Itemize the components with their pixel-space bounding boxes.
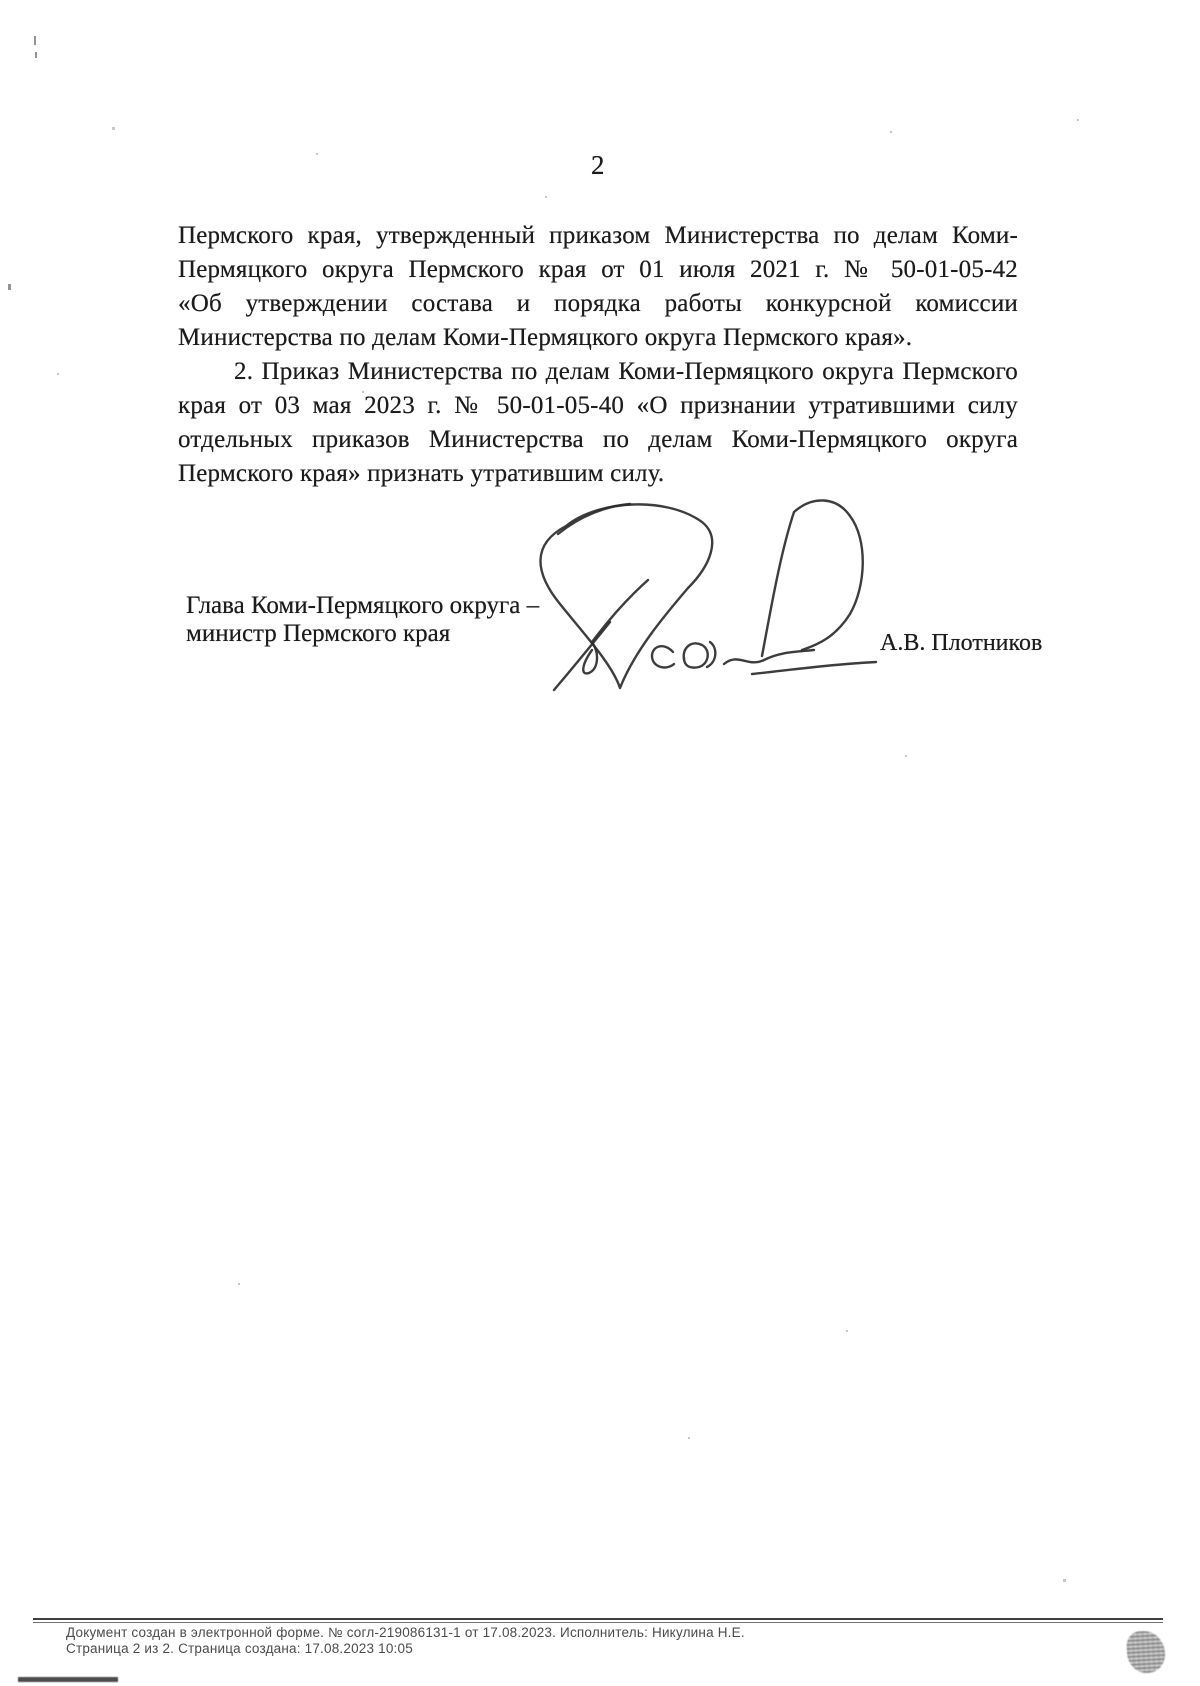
paragraph-2: 2. Приказ Министерства по делам Коми-Пер… (178, 355, 1018, 491)
page-number: 2 (178, 150, 1018, 181)
paragraph-line: Пермяцкого округа Пермского края от 01 и… (178, 253, 1018, 287)
scan-speck (112, 127, 115, 130)
scan-speck (57, 373, 59, 375)
document-body: Пермского края, утвержденный приказом Ми… (178, 219, 1018, 491)
scanner-edge-artifact (18, 1677, 118, 1682)
scan-speck (362, 391, 364, 393)
paragraph-1: Пермского края, утвержденный приказом Ми… (178, 219, 1018, 355)
footer-divider (33, 1618, 1163, 1623)
paragraph-line: Министерства по делам Коми-Пермяцкого ок… (178, 321, 1018, 355)
scan-speck (35, 52, 37, 58)
footer-note: Документ создан в электронной форме. № с… (66, 1625, 966, 1657)
footer-note-line-1: Документ создан в электронной форме. № с… (66, 1625, 966, 1641)
stamp-smudge (1126, 1630, 1166, 1674)
handwritten-signature-scribble (518, 492, 888, 702)
scan-speck (1063, 1579, 1066, 1582)
paragraph-line: отдельных приказов Министерства по делам… (178, 423, 1018, 457)
scan-speck (890, 131, 892, 133)
scan-speck (316, 153, 318, 155)
scan-speck (905, 755, 907, 757)
paragraph-line: 2. Приказ Министерства по делам Коми-Пер… (178, 355, 1018, 389)
footer-note-line-2: Страница 2 из 2. Страница создана: 17.08… (66, 1641, 966, 1657)
scan-speck (238, 1283, 240, 1285)
scan-speck (688, 1437, 690, 1439)
scan-speck (34, 36, 36, 45)
paragraph-line: края от 03 мая 2023 г. № 50-01-05-40 «О … (178, 389, 1018, 423)
paragraph-line: Пермского края, утвержденный приказом Ми… (178, 219, 1018, 253)
paragraph-line: «Об утверждении состава и порядка работы… (178, 287, 1018, 321)
paragraph-line: Пермского края» признать утратившим силу… (178, 457, 1018, 491)
scan-speck (545, 196, 547, 198)
scan-speck (846, 1330, 848, 1332)
signer-name: А.В. Плотников (880, 630, 1042, 657)
scan-speck (1077, 119, 1079, 121)
scan-speck (8, 284, 11, 290)
document-page: 2 Пермского края, утвержденный приказом … (0, 0, 1200, 1686)
